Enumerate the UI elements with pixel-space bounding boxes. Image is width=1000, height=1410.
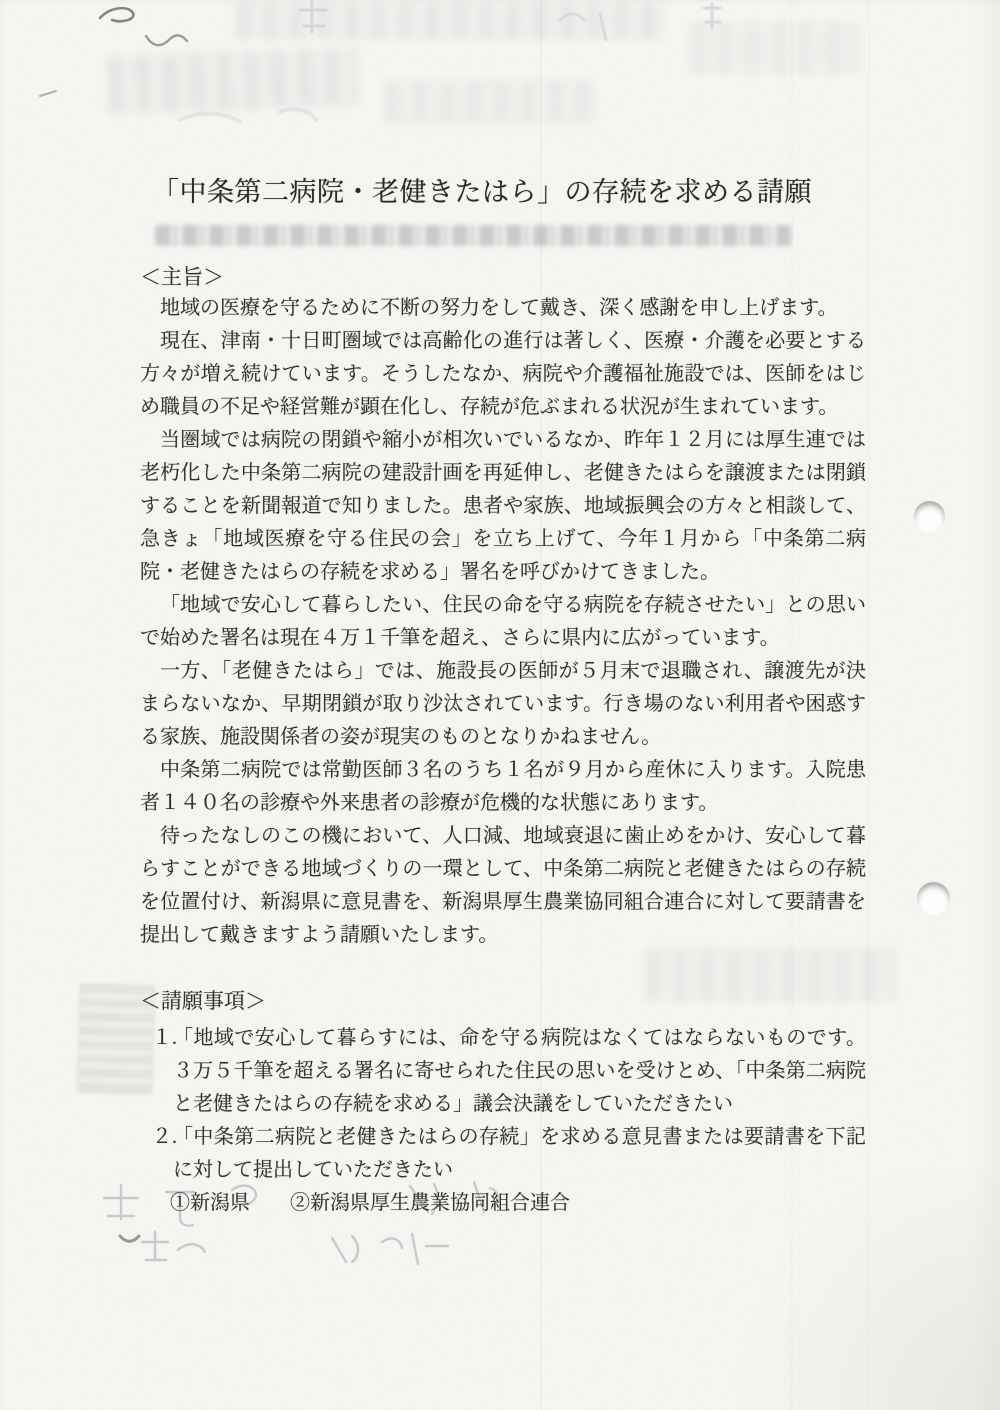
item-2-number: ２. (152, 1121, 177, 1154)
purpose-paragraph-1: 地域の医療を守るために不断の努力をして戴き、深く感謝を申し上げます。 (140, 292, 866, 325)
item-1-text: 「地域で安心して暮らすには、命を守る病院はなくてはならないものです。３万５千筆を… (173, 1027, 866, 1115)
scan-crease-line-3 (868, 0, 870, 1410)
section-heading-requests: ＜請願事項＞ (140, 986, 866, 1016)
document-title: 「中条第二病院・老健きたはら」の存続を求める請願 (152, 174, 866, 210)
purpose-paragraph-6: 中条第二病院では常勤医師３名のうち１名が９月から産休に入ります。入院患者１４０名… (140, 754, 866, 820)
document-content: 「中条第二病院・老健きたはら」の存続を求める請願 ＜主旨＞ 地域の医療を守るため… (140, 0, 866, 1220)
section-heading-purpose: ＜主旨＞ (140, 262, 866, 292)
punch-hole-lower (917, 882, 950, 915)
right-edge-shading (970, 0, 1000, 1410)
pencil-dark-tick (120, 1236, 139, 1241)
purpose-paragraph-4: 「地域で安心して暮らしたい、住民の命を守る病院を存続させたい」との思いで始めた署… (140, 589, 866, 655)
item-2-text: 「中条第二病院と老健きたはらの存続」を求める意見書または要請書を下記に対して提出… (173, 1126, 866, 1181)
petition-item-2: ２. 「中条第二病院と老健きたはらの存続」を求める意見書または要請書を下記に対し… (140, 1121, 866, 1187)
punch-hole-upper (914, 501, 945, 532)
scanned-petition-page: { "paper": { "kind": "scanned petition d… (0, 0, 1000, 1410)
purpose-paragraph-5: 一方、「老健きたはら」では、施設長の医師が５月末で退職され、譲渡先が決まらないな… (140, 655, 866, 754)
purpose-paragraph-7: 待ったなしのこの機において、人口減、地域衰退に歯止めをかけ、安心して暮らすことが… (140, 820, 866, 952)
recipients-line: ①新潟県 ②新潟県厚生農業協同組合連合 (140, 1187, 866, 1220)
request-items: １. 「地域で安心して暮らすには、命を守る病院はなくてはならないものです。３万５… (140, 1022, 866, 1220)
item-1-number: １. (152, 1022, 177, 1055)
paper-sheet: 「中条第二病院・老健きたはら」の存続を求める請願 ＜主旨＞ 地域の医療を守るため… (0, 0, 1000, 1410)
petition-item-1: １. 「地域で安心して暮らすには、命を守る病院はなくてはならないものです。３万５… (140, 1022, 866, 1121)
purpose-paragraph-2: 現在、津南・十日町圏域では高齢化の進行は著しく、医療・介護を必要とする方々が増え… (140, 325, 866, 424)
purpose-paragraph-3: 当圏域では病院の閉鎖や縮小が相次いでいるなか、昨年１２月には厚生連では老朽化した… (140, 424, 866, 589)
